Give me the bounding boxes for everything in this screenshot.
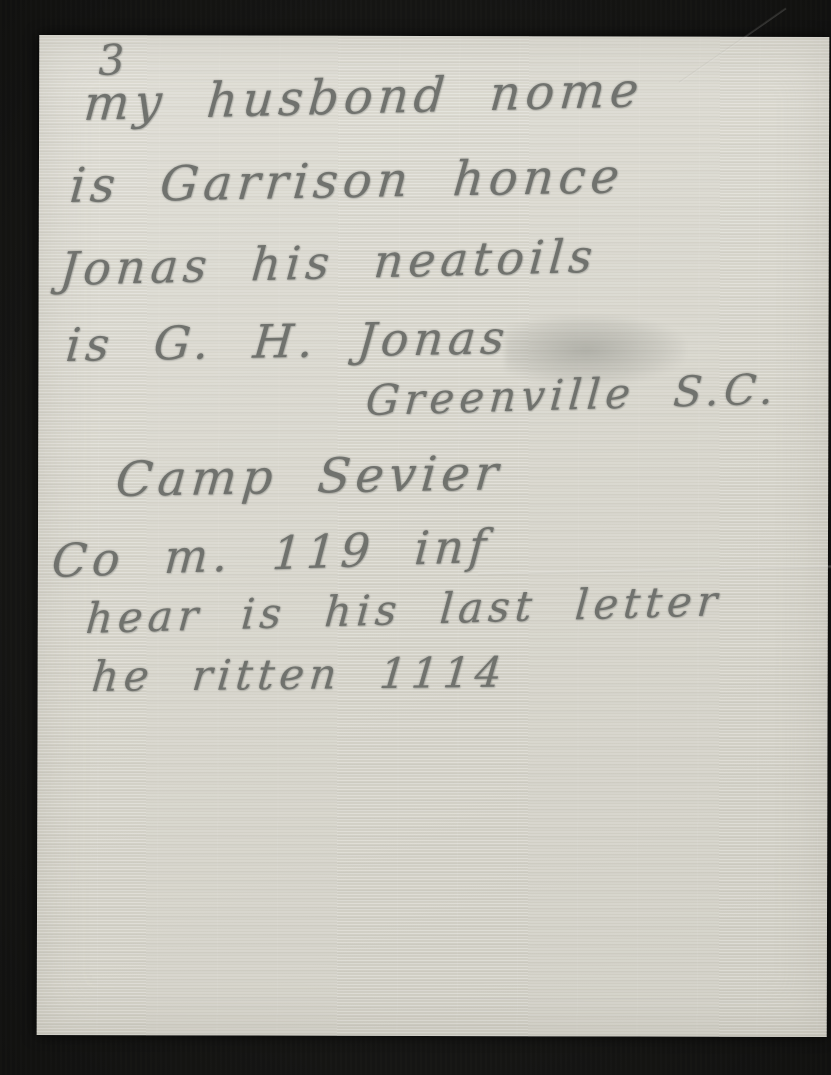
handwriting-line-he-ritten: he ritten 1114 xyxy=(90,648,509,701)
handwriting-line-gh-jonas: is G. H. Jonas xyxy=(64,310,512,372)
paper-crease-horizontal xyxy=(478,565,831,576)
handwriting-line-garrison: is Garrison honce xyxy=(68,148,627,214)
handwriting-line-camp-sevier: Camp Sevier xyxy=(114,445,506,508)
